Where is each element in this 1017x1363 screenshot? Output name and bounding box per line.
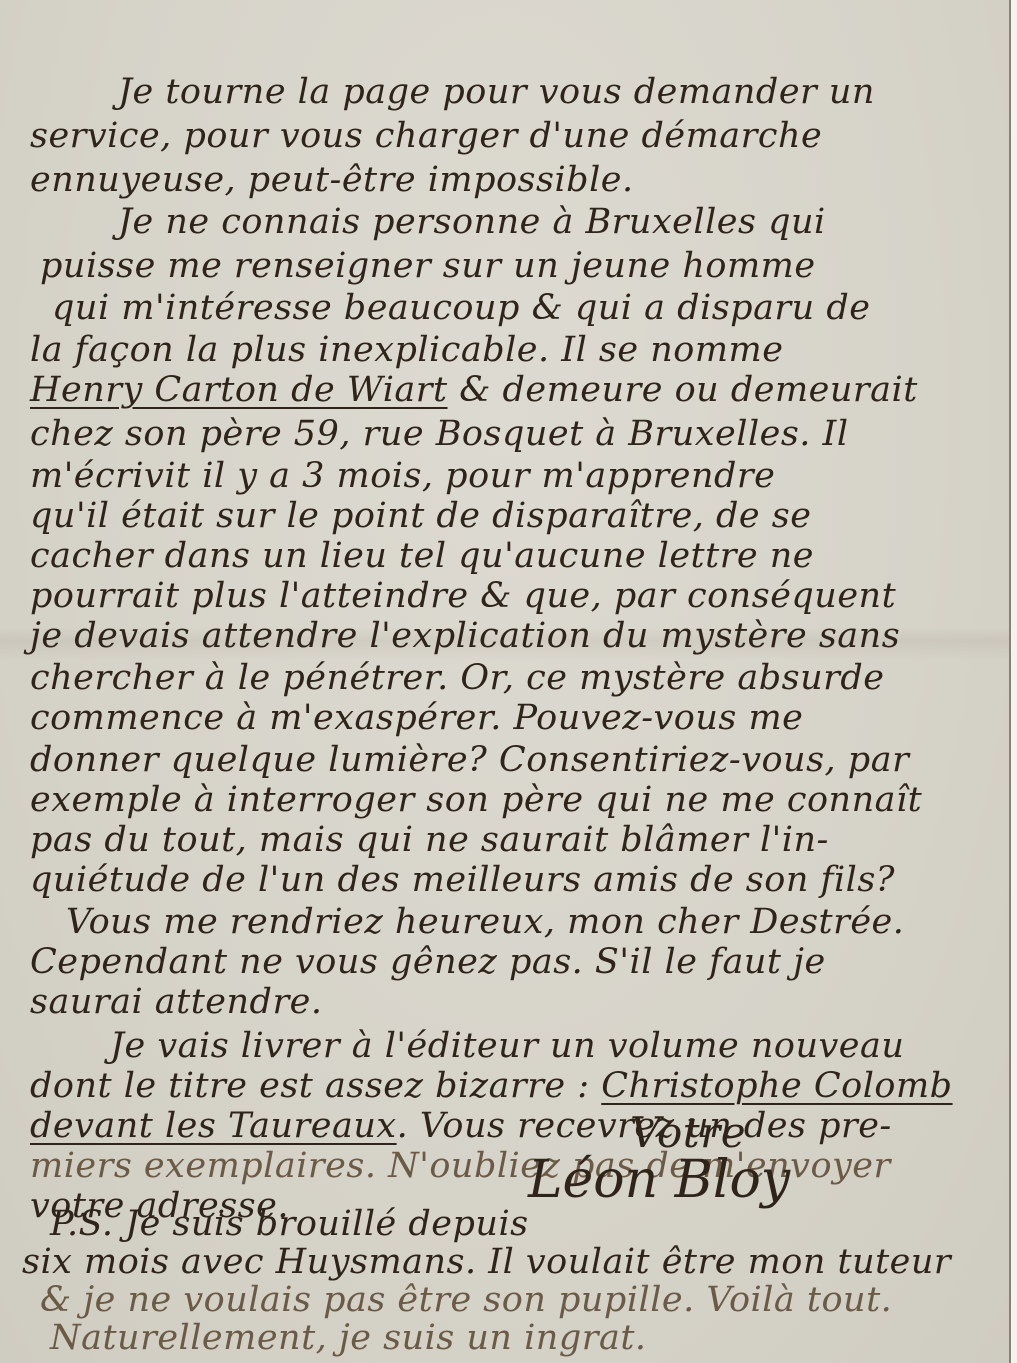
letter-line: commence à m'exaspérer. Pouvez-vous me: [30, 698, 803, 738]
postscript-line: six mois avec Huysmans. Il voulait être …: [22, 1242, 951, 1282]
letter-line: donner quelque lumière? Consentiriez-vou…: [30, 740, 909, 780]
signature: Léon Bloy: [528, 1150, 790, 1210]
letter-line: m'écrivit il y a 3 mois, pour m'apprendr…: [30, 456, 775, 496]
underlined-name: Henry Carton de Wiart: [30, 370, 448, 410]
letter-line: Vous me rendriez heureux, mon cher Destr…: [66, 902, 904, 942]
letter-line-text: dont le titre est assez bizarre :: [30, 1066, 590, 1106]
letter-line: chez son père 59, rue Bosquet à Bruxelle…: [30, 414, 849, 454]
letter-line: pourrait plus l'atteindre & que, par con…: [30, 576, 896, 616]
postscript-line: Naturellement, je suis un ingrat.: [50, 1318, 647, 1358]
letter-line-with-title: dont le titre est assez bizarre : Christ…: [30, 1066, 953, 1106]
letter-line: quiétude de l'un des meilleurs amis de s…: [30, 860, 895, 900]
letter-line: Je ne connais personne à Bruxelles qui: [118, 202, 826, 242]
letter-line: ennuyeuse, peut-être impossible.: [30, 160, 634, 200]
letter-line: Je tourne la page pour vous demander un: [118, 72, 875, 112]
letter-line: qui m'intéresse beaucoup & qui a disparu…: [52, 288, 870, 328]
letter-line: Cependant ne vous gênez pas. S'il le fau…: [30, 942, 826, 982]
letter-line: cacher dans un lieu tel qu'aucune lettre…: [30, 536, 814, 576]
letter-line-text: & demeure ou demeurait: [459, 370, 918, 410]
letter-line: je devais attendre l'explication du myst…: [30, 616, 900, 656]
letter-line: puisse me renseigner sur un jeune homme: [40, 246, 816, 286]
letter-line-with-name: Henry Carton de Wiart & demeure ou demeu…: [30, 370, 918, 410]
letter-line-with-title: devant les Taureaux. Vous recevrez un de…: [30, 1106, 892, 1146]
letter-line: exemple à interroger son père qui ne me …: [30, 780, 922, 820]
letter-line: service, pour vous charger d'une démarch…: [30, 116, 822, 156]
letter-line: pas du tout, mais qui ne saurait blâmer …: [30, 820, 829, 860]
letter-line: qu'il était sur le point de disparaître,…: [30, 496, 811, 536]
letter-page: Je tourne la page pour vous demander un …: [0, 0, 1011, 1363]
letter-line: la façon la plus inexplicable. Il se nom…: [30, 330, 783, 370]
letter-line: chercher à le pénétrer. Or, ce mystère a…: [30, 658, 885, 698]
postscript-line: P.S. Je suis brouillé depuis: [50, 1204, 529, 1244]
letter-line: Je vais livrer à l'éditeur un volume nou…: [110, 1026, 904, 1066]
book-title-part2: devant les Taureaux: [30, 1106, 397, 1146]
postscript-line: & je ne voulais pas être son pupille. Vo…: [40, 1280, 892, 1320]
book-title-part1: Christophe Colomb: [601, 1066, 952, 1106]
letter-line: saurai attendre.: [30, 982, 323, 1022]
